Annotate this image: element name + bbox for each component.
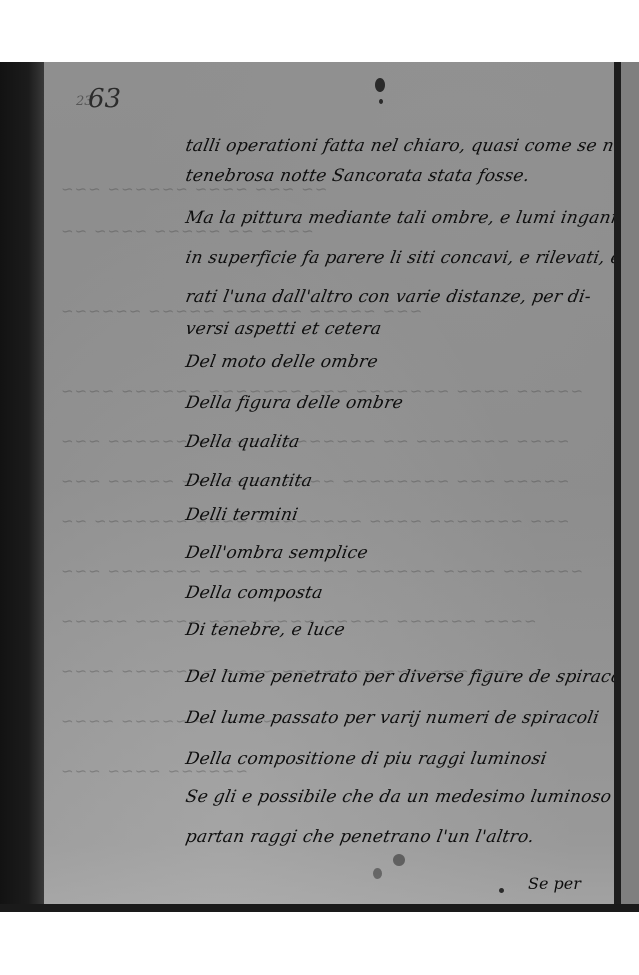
bleed-through-text: ~~~~ ~~~~~~~ ~~ ~~~~~~~~ ~~~~~ ~~~~~~ ~~… <box>60 432 570 450</box>
manuscript-line: Della composta <box>184 583 325 603</box>
catchword: Se per <box>528 874 581 893</box>
scan-bottom-edge <box>0 904 639 912</box>
folio-number: 63 <box>88 84 121 114</box>
ink-blot <box>393 854 405 866</box>
manuscript-line: versi aspetti et cetera <box>184 319 383 339</box>
manuscript-line: Se gli e possibile che da un medesimo lu… <box>184 787 639 807</box>
page-edge-rule <box>614 62 621 904</box>
bleed-through-text: ~~~~~ ~~~ ~~~~~~~~ ~~~~ ~~~~~~~ ~~~~~ ~~… <box>60 472 570 490</box>
manuscript-line: Delli termini <box>184 505 300 525</box>
manuscript-scan: ~~ ~~~ ~~~~ ~~~~~~ ~~~ ~~~~ ~~ ~~~~~ ~~~… <box>0 62 639 912</box>
manuscript-line: Ma la pittura mediante tali ombre, e lum… <box>184 208 634 228</box>
manuscript-line: Della qualita <box>184 432 301 452</box>
manuscript-line: partan raggi che penetrano l'un l'altro. <box>184 827 536 847</box>
manuscript-line: rati l'una dall'altro con varie distanze… <box>184 287 593 307</box>
ink-blot <box>499 888 504 893</box>
manuscript-line: Del lume passato per varij numeri de spi… <box>184 708 601 728</box>
manuscript-line: Della figura delle ombre <box>184 393 405 413</box>
manuscript-line: tenebrosa notte Sancorata stata fosse. <box>184 166 531 186</box>
manuscript-line: Di tenebre, e luce <box>184 620 347 640</box>
ink-blot <box>373 868 382 879</box>
manuscript-line: Della quantita <box>184 471 314 491</box>
bleed-through-text: ~~~ ~~~~~~~ ~~~~ ~~~~~~~~ ~~~~ ~~~~~~~ ~… <box>60 512 570 530</box>
adjacent-page-strip <box>621 62 639 904</box>
manuscript-line: Dell'ombra semplice <box>184 543 370 563</box>
manuscript-line: in superficie fa parere li siti concavi,… <box>184 248 639 268</box>
manuscript-line: Del moto delle ombre <box>184 352 380 372</box>
bleed-through-text: ~~~~~~ ~~~~ ~~~~~~ ~~~~~~~ ~~~ ~~~~~~~ ~… <box>60 562 583 580</box>
ink-blot <box>379 99 383 104</box>
ink-blot <box>375 78 385 92</box>
manuscript-line: Del lume penetrato per diverse figure de… <box>184 667 635 687</box>
manuscript-line: talli operationi fatta nel chiaro, quasi… <box>184 136 639 156</box>
manuscript-line: Della compositione di piu raggi luminosi <box>184 749 548 769</box>
